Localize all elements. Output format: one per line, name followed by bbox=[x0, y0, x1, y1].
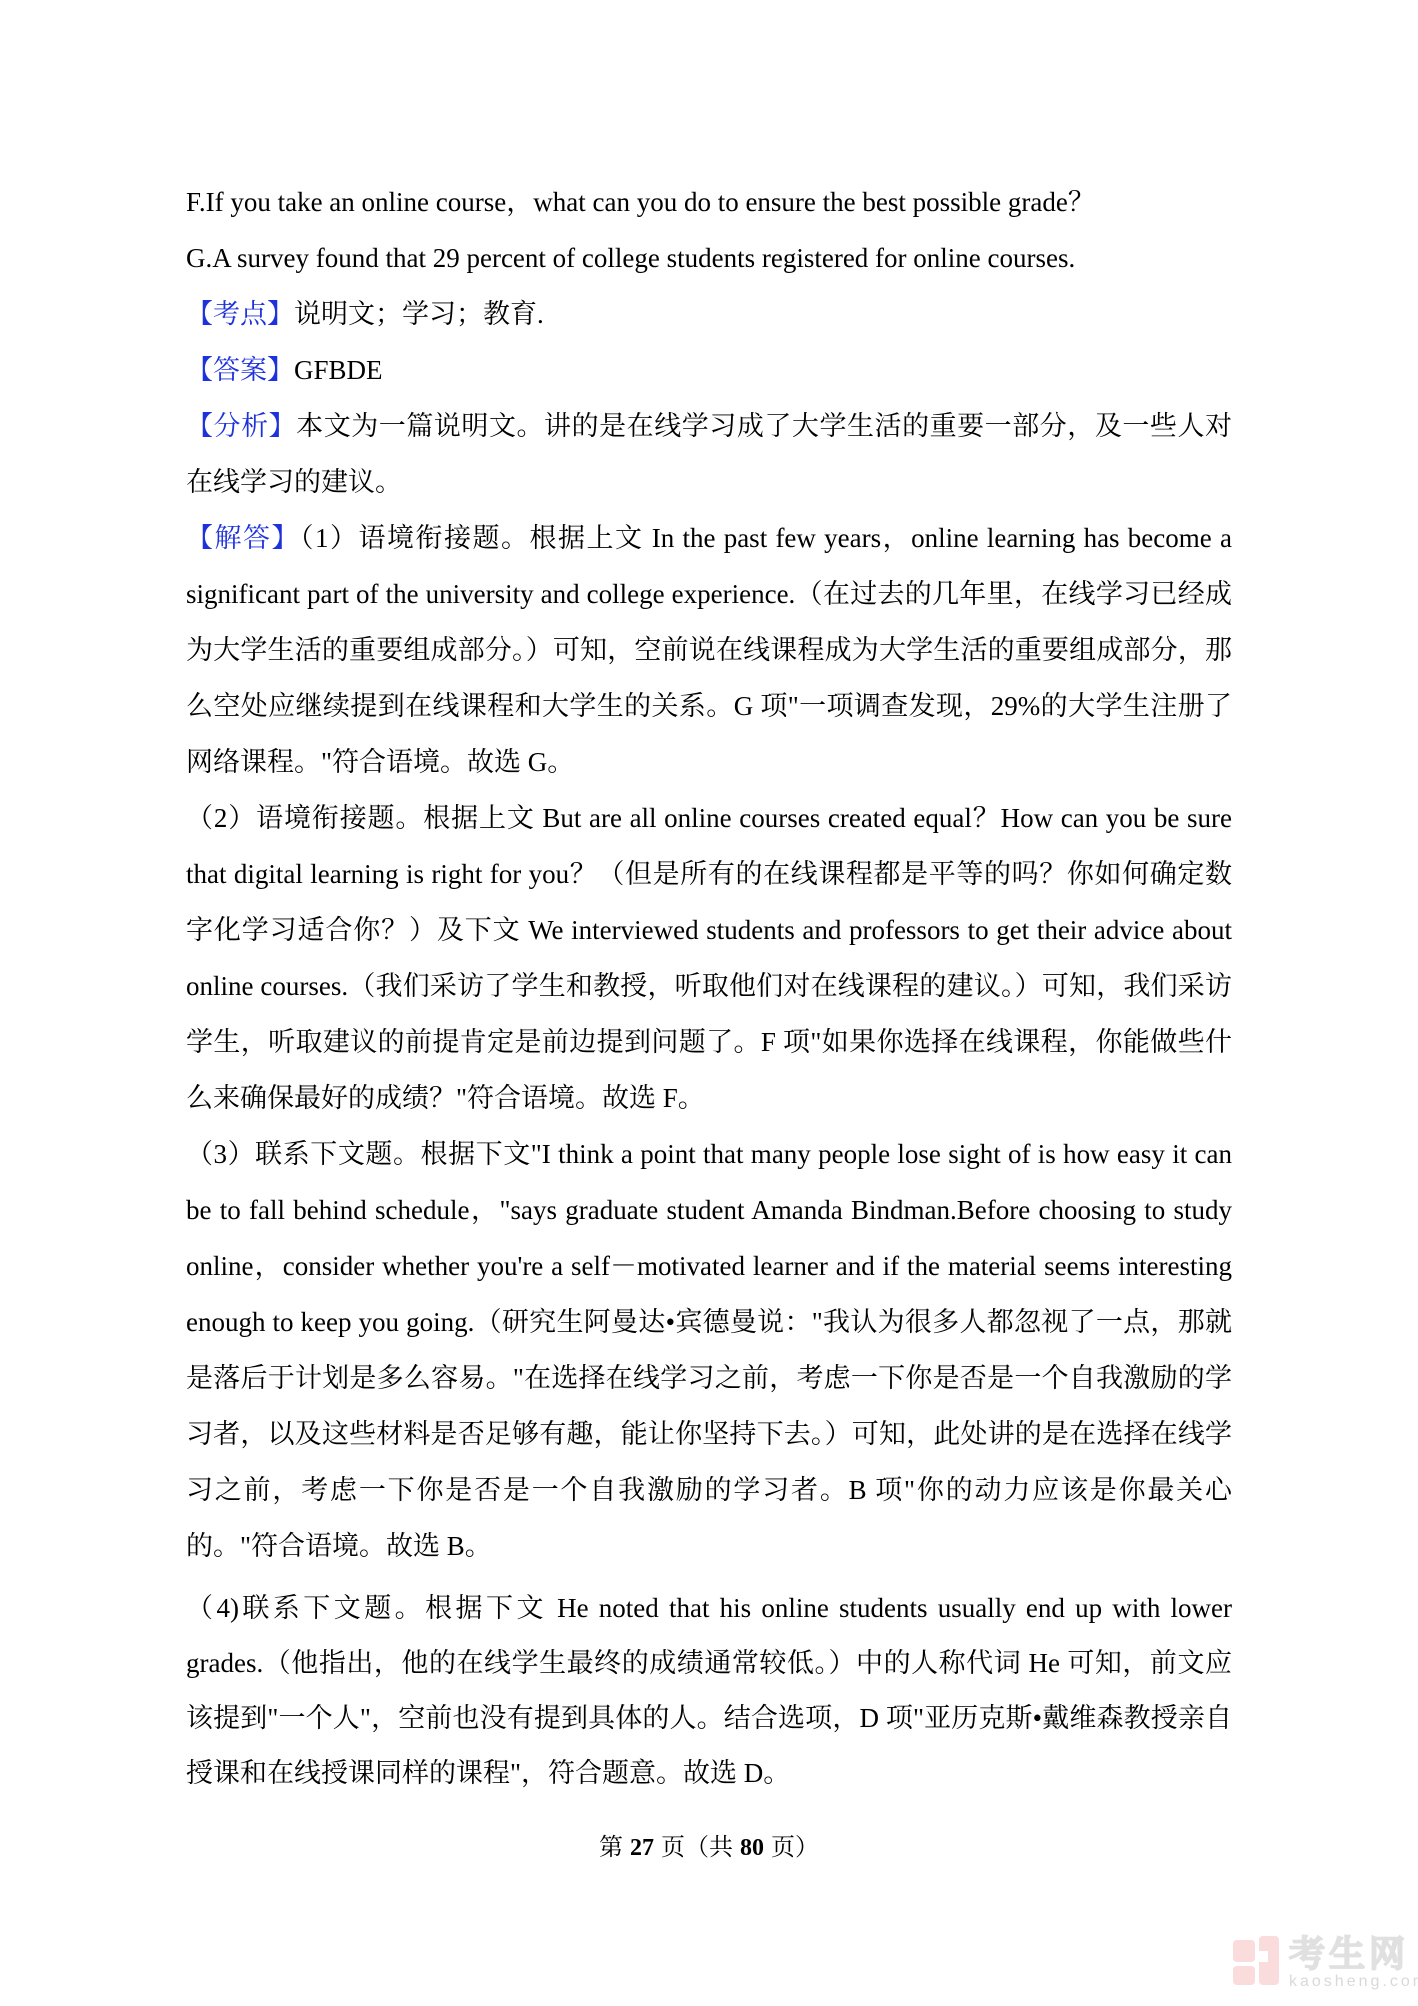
brand-domain: kaosheng.com bbox=[1289, 1973, 1418, 1991]
paragraph-text: 本文为一篇说明文。讲的是在线学习成了大学生活的重要一部分，及一些人对在线学习的建… bbox=[186, 411, 1232, 497]
footer-middle: 页（共 bbox=[661, 1835, 733, 1861]
brand-name: 考生网 bbox=[1289, 1936, 1418, 1972]
paragraph-jieda-2: （2）语境衔接题。根据上文 But are all online courses… bbox=[186, 790, 1232, 1126]
watermark: 考生网 kaosheng.com bbox=[1233, 1936, 1418, 1991]
total-pages: 80 bbox=[740, 1835, 764, 1861]
daan-label: 【答案】 bbox=[186, 355, 294, 385]
paragraph-text: （1）语境衔接题。根据上文 In the past few years，onli… bbox=[186, 523, 1232, 777]
kaosheng-logo-icon bbox=[1233, 1936, 1281, 1988]
logo-block bbox=[1233, 1940, 1255, 1962]
logo-block bbox=[1233, 1966, 1255, 1985]
fenxi-label: 【分析】 bbox=[186, 411, 296, 441]
paragraph-daan: 【答案】GFBDE bbox=[186, 342, 1232, 398]
answer-text: GFBDE bbox=[294, 355, 383, 385]
jieda-label: 【解答】 bbox=[186, 523, 300, 553]
paragraph-fenxi: 【分析】本文为一篇说明文。讲的是在线学习成了大学生活的重要一部分，及一些人对在线… bbox=[186, 398, 1232, 510]
paragraph-option-f: F.If you take an online course，what can … bbox=[186, 174, 1232, 230]
watermark-text: 考生网 kaosheng.com bbox=[1289, 1936, 1418, 1991]
document-page: F.If you take an online course，what can … bbox=[0, 0, 1418, 2006]
paragraph-text: （3）联系下文题。根据下文"I think a point that many … bbox=[186, 1139, 1232, 1561]
paragraph-jieda-1: 【解答】（1）语境衔接题。根据上文 In the past few years，… bbox=[186, 510, 1232, 790]
paragraph-text: （4)联系下文题。根据下文 He noted that his online s… bbox=[186, 1593, 1232, 1788]
paragraph-text: G.A survey found that 29 percent of coll… bbox=[186, 243, 1075, 273]
paragraph-kaodian: 【考点】说明文；学习；教育. bbox=[186, 286, 1232, 342]
paragraph-jieda-4: （4)联系下文题。根据下文 He noted that his online s… bbox=[186, 1581, 1232, 1801]
logo-notch bbox=[1257, 1951, 1268, 1962]
paragraph-option-g: G.A survey found that 29 percent of coll… bbox=[186, 230, 1232, 286]
footer-suffix: 页） bbox=[771, 1835, 819, 1861]
paragraph-text: （2）语境衔接题。根据上文 But are all online courses… bbox=[186, 803, 1232, 1113]
page-number: 27 bbox=[630, 1835, 654, 1861]
paragraph-text: 说明文；学习；教育. bbox=[294, 299, 544, 329]
page-footer: 第27页（共80页） bbox=[0, 1832, 1418, 1864]
footer-prefix: 第 bbox=[599, 1835, 623, 1861]
paragraph-text: F.If you take an online course，what can … bbox=[186, 187, 1095, 217]
paragraph-jieda-3: （3）联系下文题。根据下文"I think a point that many … bbox=[186, 1126, 1232, 1574]
kaodian-label: 【考点】 bbox=[186, 299, 294, 329]
document-body: F.If you take an online course，what can … bbox=[186, 174, 1232, 1801]
